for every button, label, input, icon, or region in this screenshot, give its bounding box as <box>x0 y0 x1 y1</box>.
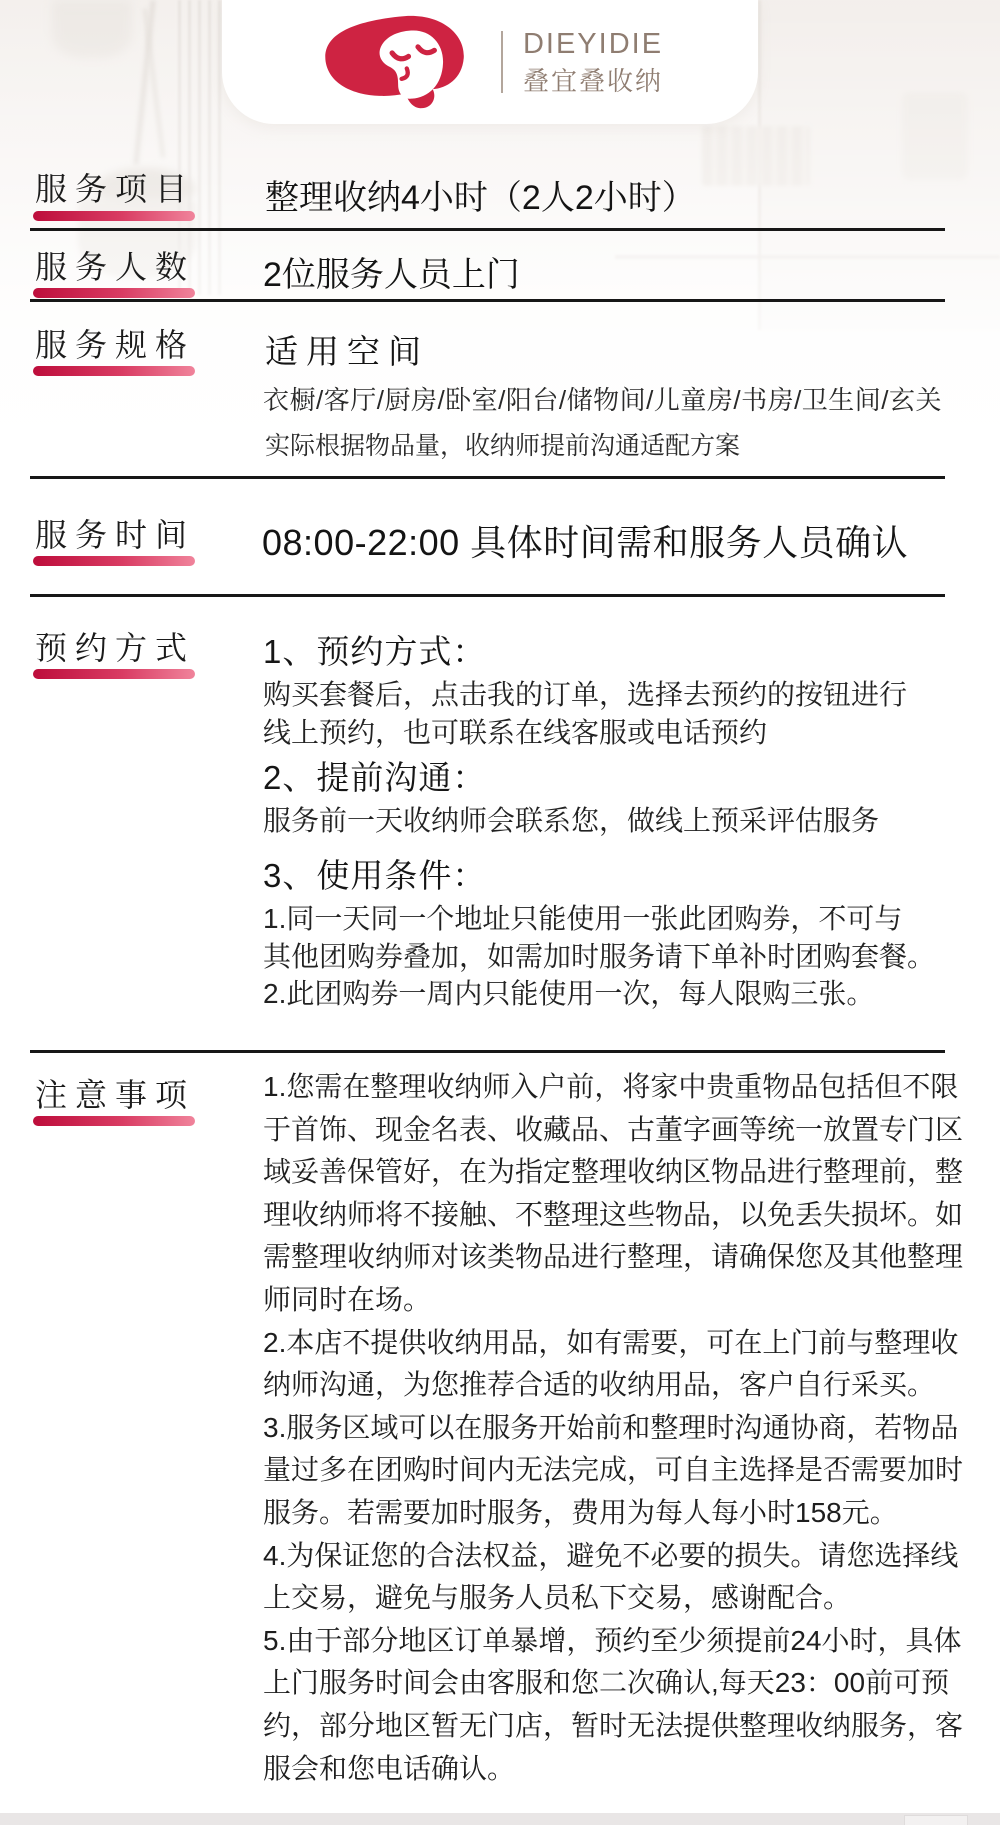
spec-spaces: 衣橱/客厅/厨房/卧室/阳台/储物间/儿童房/书房/卫生间/玄关 <box>263 380 942 417</box>
logo-separator <box>501 31 503 93</box>
service-staff-value: 2位服务人员上门 <box>263 247 520 296</box>
divider <box>30 1050 945 1053</box>
label-underline <box>33 1116 195 1126</box>
label-service-staff: 服务人数 <box>35 250 195 285</box>
label-underline <box>33 556 195 566</box>
brand-dog-logo-icon <box>317 8 481 116</box>
label-underline <box>33 366 195 376</box>
booking-step3-body: 1.同一天同一个地址只能使用一张此团购券，不可与 其他团购券叠加，如需加时服务请… <box>263 900 1000 1013</box>
service-item-value: 整理收纳4小时（2人2小时） <box>265 170 696 219</box>
notices-text: 1.您需在整理收纳师入户前，将家中贵重物品包括但不限 于首饰、现金名表、收藏品、… <box>263 1066 1000 1790</box>
label-underline <box>33 211 195 221</box>
booking-step1-body: 购买套餐后，点击我的订单，选择去预约的按钮进行 线上预约，也可联系在线客服或电话… <box>263 676 1000 751</box>
booking-step2-title: 2、提前沟通： <box>263 752 486 799</box>
notice-paragraph: 4.为保证您的合法权益，避免不必要的损失。请您选择线 上交易，避免与服务人员私下… <box>263 1535 1000 1620</box>
booking-step3-title: 3、使用条件： <box>263 850 486 897</box>
next-section-edge <box>0 1813 1000 1825</box>
brand-name-cn: 叠宜叠收纳 <box>523 68 663 94</box>
divider <box>30 299 945 302</box>
label-service-time: 服务时间 <box>35 518 195 553</box>
brand-name-en: DIEYIDIE <box>523 30 663 59</box>
service-time-value: 08:00-22:00 具体时间需和服务人员确认 <box>262 515 908 566</box>
next-section-chip <box>904 1815 968 1825</box>
label-notices: 注意事项 <box>35 1078 195 1113</box>
label-booking: 预约方式 <box>35 631 195 666</box>
divider <box>30 594 945 597</box>
label-service-item: 服务项目 <box>35 172 195 207</box>
divider <box>30 228 945 231</box>
brand-header-card: DIEYIDIE 叠宜叠收纳 <box>222 0 758 124</box>
notice-paragraph: 2.本店不提供收纳用品，如有需要，可在上门前与整理收 纳师沟通，为您推荐合适的收… <box>263 1322 1000 1407</box>
booking-step1-title: 1、预约方式： <box>263 626 486 673</box>
notice-paragraph: 5.由于部分地区订单暴增，预约至少须提前24小时，具体 上门服务时间会由客服和您… <box>263 1620 1000 1790</box>
label-service-spec: 服务规格 <box>35 328 195 363</box>
notice-paragraph: 1.您需在整理收纳师入户前，将家中贵重物品包括但不限 于首饰、现金名表、收藏品、… <box>263 1066 1000 1322</box>
booking-step2-body: 服务前一天收纳师会联系您，做线上预采评估服务 <box>263 802 1000 840</box>
spec-note: 实际根据物品量，收纳师提前沟通适配方案 <box>265 426 740 462</box>
label-underline <box>33 288 195 298</box>
notice-paragraph: 3.服务区域可以在服务开始前和整理时沟通协商，若物品 量过多在团购时间内无法完成… <box>263 1407 1000 1535</box>
divider <box>30 476 945 479</box>
spec-title: 适用空间 <box>265 326 429 373</box>
service-detail-page: DIEYIDIE 叠宜叠收纳 服务项目 整理收纳4小时（2人2小时） 服务人数 … <box>0 0 1000 1825</box>
label-underline <box>33 669 195 679</box>
